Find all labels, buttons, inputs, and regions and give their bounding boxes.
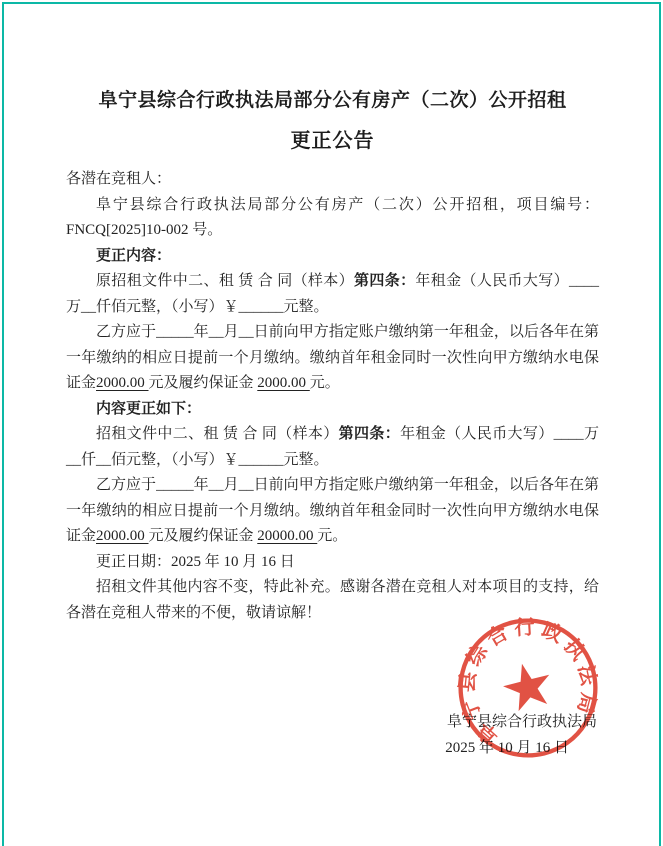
section1-heading: 更正内容： bbox=[66, 244, 599, 270]
correction-date-line: 更正日期：2025 年 10 月 16 日 bbox=[66, 550, 599, 576]
corrected-utility-deposit: 2000.00 bbox=[96, 528, 149, 544]
salutation: 各潜在竞租人： bbox=[66, 167, 599, 193]
original-clause-paragraph: 原招租文件中二、租 赁 合 同（样本）第四条：年租金（人民币大写）____万__… bbox=[66, 269, 599, 320]
original-clause-pre: 原招租文件中二、租 赁 合 同（样本） bbox=[96, 273, 354, 289]
corrected-clause-pre: 招租文件中二、租 赁 合 同（样本） bbox=[96, 426, 339, 442]
original-clause-article: 第四条： bbox=[354, 273, 415, 289]
seal-star-icon bbox=[499, 658, 556, 713]
document-title: 阜宁县综合行政执法局部分公有房产（二次）公开招租 bbox=[66, 86, 599, 115]
corrected-payment-paragraph: 乙方应于_____年__月__日前向甲方指定账户缴纳第一年租金，以后各年在第一年… bbox=[66, 473, 599, 550]
original-payment-post: 元。 bbox=[310, 375, 340, 391]
original-payment-mid: 元及履约保证金 bbox=[149, 375, 258, 391]
corrected-payment-mid: 元及履约保证金 bbox=[149, 528, 258, 544]
corrected-clause-paragraph: 招租文件中二、租 赁 合 同（样本）第四条：年租金（人民币大写）____万__仟… bbox=[66, 422, 599, 473]
document-subtitle: 更正公告 bbox=[66, 124, 599, 153]
original-performance-deposit: 2000.00 bbox=[257, 375, 310, 391]
original-payment-paragraph: 乙方应于_____年__月__日前向甲方指定账户缴纳第一年租金，以后各年在第一年… bbox=[66, 320, 599, 397]
original-utility-deposit: 2000.00 bbox=[96, 375, 149, 391]
corrected-performance-deposit: 20000.00 bbox=[257, 528, 317, 544]
section2-heading: 内容更正如下： bbox=[66, 397, 599, 423]
corrected-payment-post: 元。 bbox=[317, 528, 347, 544]
corrected-clause-article: 第四条： bbox=[339, 426, 400, 442]
intro-paragraph: 阜宁县综合行政执法局部分公有房产（二次）公开招租，项目编号：FNCQ[2025]… bbox=[66, 193, 599, 244]
